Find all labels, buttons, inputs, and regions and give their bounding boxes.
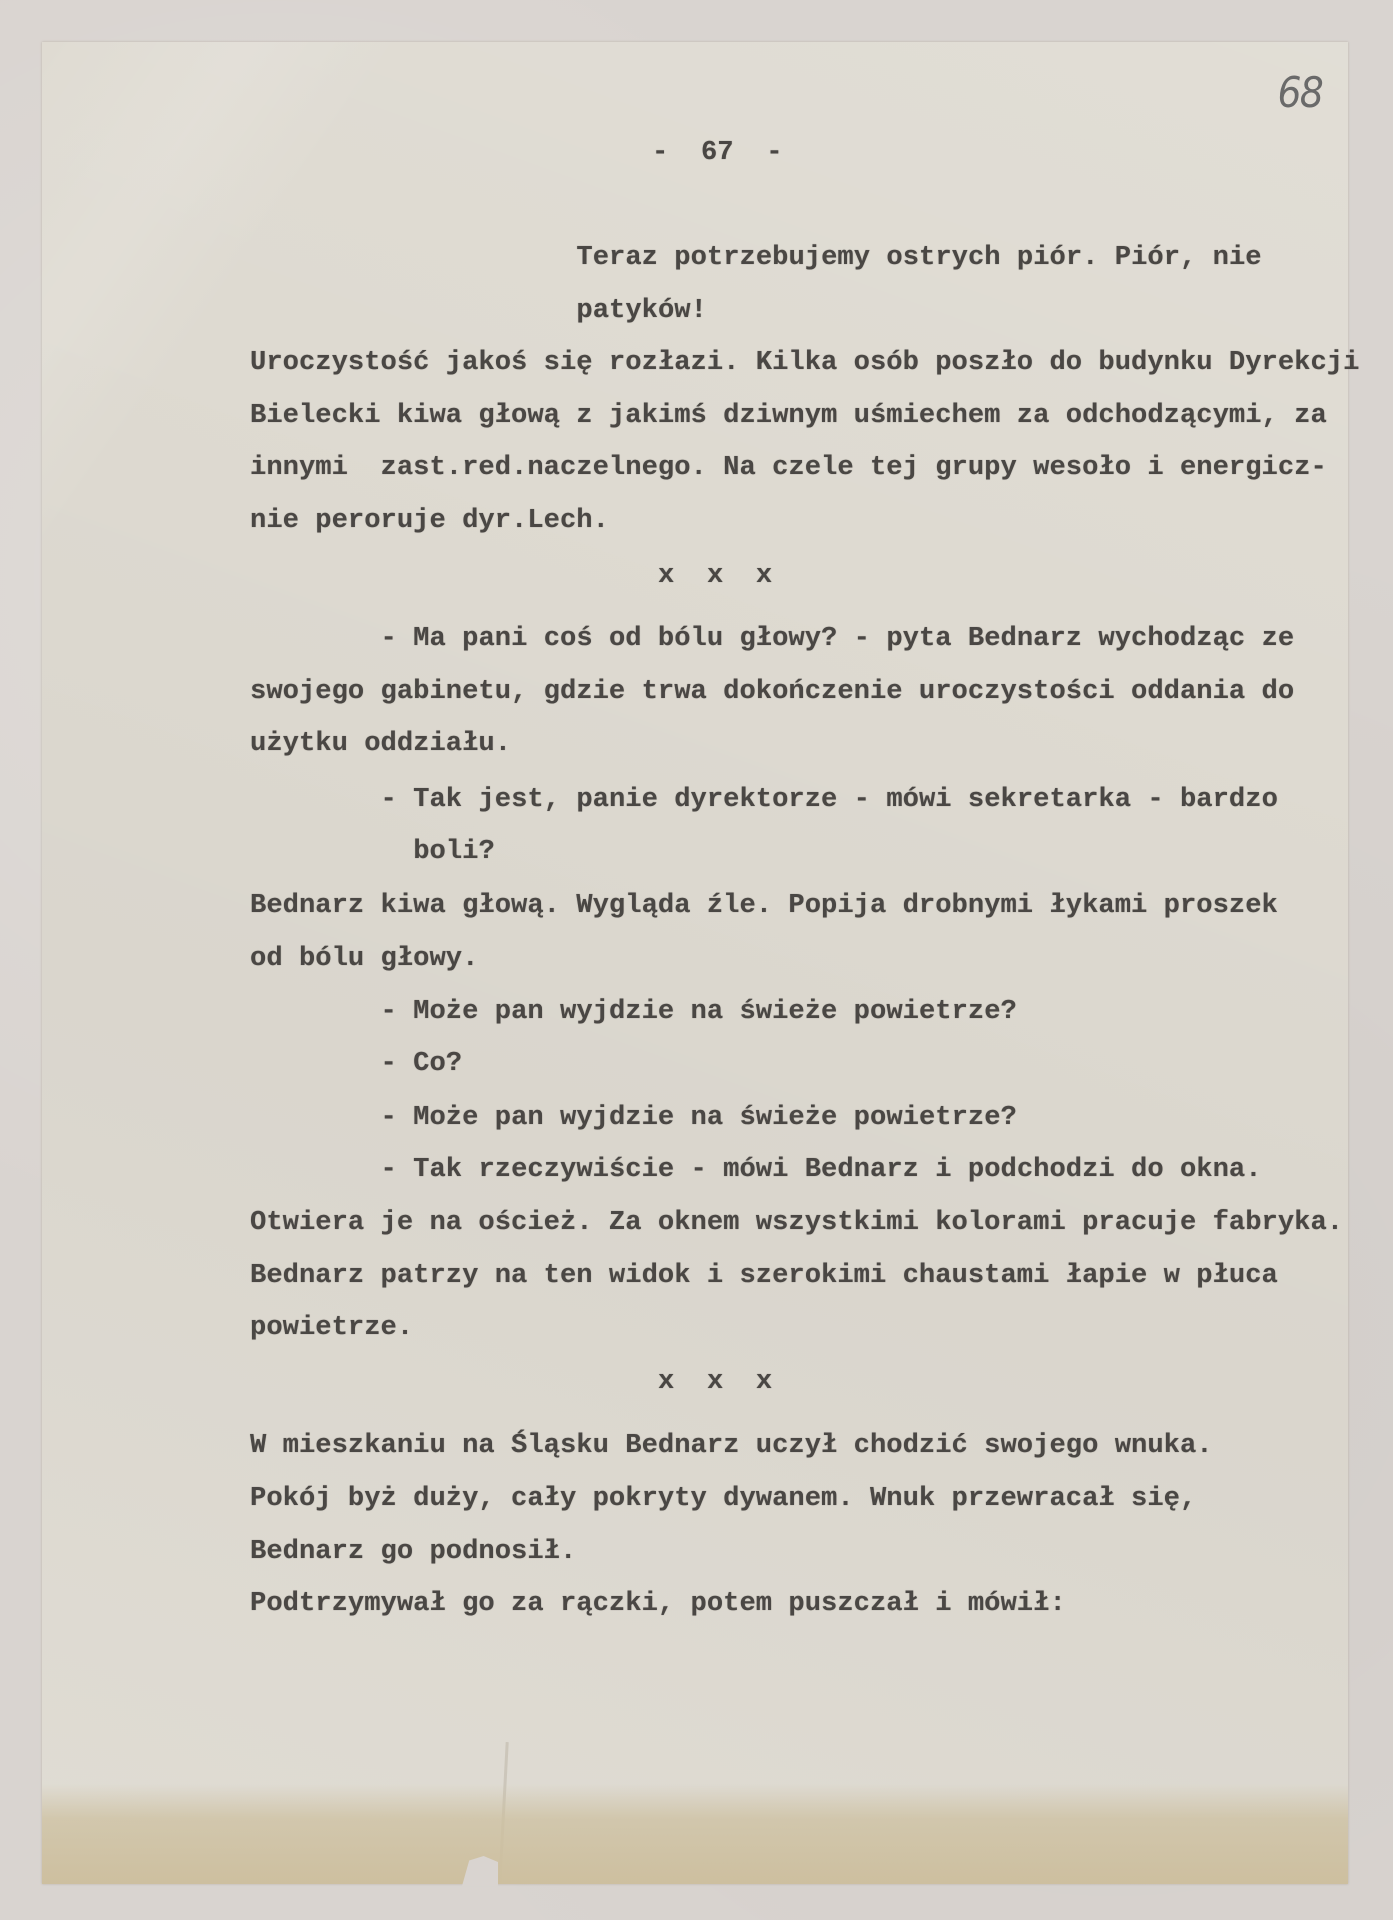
handwritten-page-number: 68 <box>1277 68 1322 117</box>
section-separator: x x x <box>658 1367 772 1397</box>
dialogue-line: - Może pan wyjdzie na świeże powietrze? <box>381 997 1017 1027</box>
text-line: Teraz potrzebujemy ostrych piór. Piór, n… <box>576 243 1261 273</box>
section-separator: x x x <box>658 561 772 591</box>
text-line: Bielecki kiwa głową z jakimś dziwnym uśm… <box>250 401 1327 431</box>
dialogue-line: - Co? <box>381 1049 463 1079</box>
water-stain <box>42 1784 1348 1884</box>
text-line: użytku oddziału. <box>250 729 511 759</box>
text-line: Pokój byż duży, cały pokryty dywanem. Wn… <box>250 1484 1196 1514</box>
dialogue-line: - Tak rzeczywiście - mówi Bednarz i podc… <box>381 1155 1262 1185</box>
dialogue-line: - Tak jest, panie dyrektorze - mówi sekr… <box>381 785 1278 815</box>
page-header: - 67 - <box>652 138 783 168</box>
text-line: Bednarz go podnosił. <box>250 1537 576 1567</box>
text-line: Bednarz patrzy na ten widok i szerokimi … <box>250 1261 1278 1291</box>
text-line: innymi zast.red.naczelnego. Na czele tej… <box>250 453 1327 483</box>
text-line: powietrze. <box>250 1313 413 1343</box>
text-line: nie peroruje dyr.Lech. <box>250 506 609 536</box>
text-line: W mieszkaniu na Śląsku Bednarz uczył cho… <box>250 1431 1213 1461</box>
dialogue-line: boli? <box>413 837 495 867</box>
text-line: Podtrzymywał go za rączki, potem puszcza… <box>250 1589 1066 1619</box>
text-line: od bólu głowy. <box>250 944 478 974</box>
dialogue-line: - Może pan wyjdzie na świeże powietrze? <box>381 1103 1017 1133</box>
dialogue-line: - Ma pani coś od bólu głowy? - pyta Bedn… <box>381 624 1295 654</box>
text-line: Uroczystość jakoś się rozłazi. Kilka osó… <box>250 348 1359 378</box>
text-line: swojego gabinetu, gdzie trwa dokończenie… <box>250 677 1294 707</box>
text-line: patyków! <box>576 296 707 326</box>
text-line: Otwiera je na oścież. Za oknem wszystkim… <box>250 1208 1343 1238</box>
text-line: Bednarz kiwa głową. Wygląda źle. Popija … <box>250 891 1278 921</box>
